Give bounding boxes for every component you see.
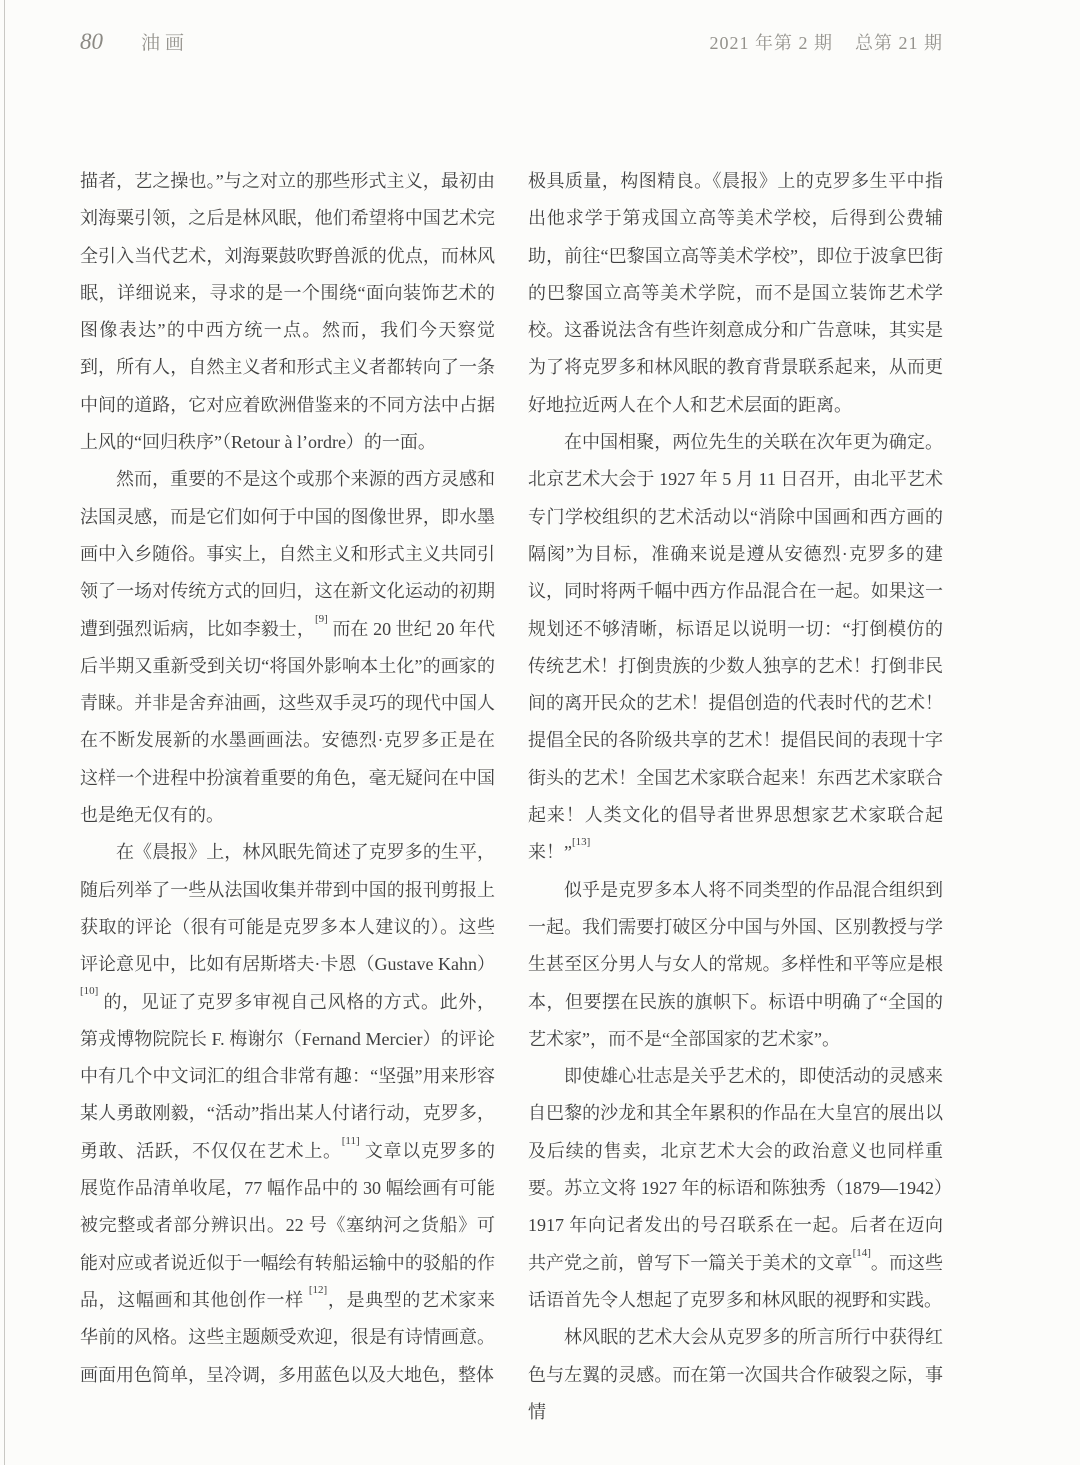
paragraph: 描者，艺之操也。”与之对立的那些形式主义，最初由刘海粟引领，之后是林风眠，他们希…: [80, 163, 495, 461]
text-column-right: 极具质量，构图精良。《晨报》上的克罗多生平中指出他求学于第戎国立高等美术学校，后…: [528, 163, 943, 1431]
journal-page: 80 油画 2021 年第 2 期 总第 21 期 描者，艺之操也。”与之对立的…: [0, 0, 1080, 1465]
issue-info: 2021 年第 2 期: [710, 29, 834, 55]
paragraph: 在《晨报》上，林风眠先简述了克罗多的生平，随后列举了一些从法国收集并带到中国的报…: [80, 834, 495, 1393]
paragraph: 极具质量，构图精良。《晨报》上的克罗多生平中指出他求学于第戎国立高等美术学校，后…: [528, 163, 943, 424]
issue-volume-info: 2021 年第 2 期 总第 21 期: [710, 29, 944, 55]
volume-info: 总第 21 期: [855, 29, 943, 55]
page-header: 80 油画 2021 年第 2 期 总第 21 期: [80, 28, 943, 55]
journal-title: 油画: [141, 28, 189, 55]
footnote-ref: [12]: [309, 1284, 327, 1296]
footnote-ref: [10]: [80, 985, 98, 997]
footnote-ref: [13]: [572, 836, 590, 848]
paragraph: 然而，重要的不是这个或那个来源的西方灵感和法国灵感，而是它们如何于中国的图像世界…: [80, 461, 495, 834]
footnote-ref: [9]: [315, 613, 328, 625]
paragraph: 即使雄心壮志是关乎艺术的，即使活动的灵感来自巴黎的沙龙和其全年累积的作品在大皇宫…: [528, 1058, 943, 1319]
paragraph: 林风眠的艺术大会从克罗多的所言所行中获得红色与左翼的灵感。而在第一次国共合作破裂…: [528, 1319, 943, 1431]
paragraph: 似乎是克罗多本人将不同类型的作品混合组织到一起。我们需要打破区分中国与外国、区别…: [528, 872, 943, 1058]
text-column-left: 描者，艺之操也。”与之对立的那些形式主义，最初由刘海粟引领，之后是林风眠，他们希…: [80, 163, 495, 1431]
footnote-ref: [14]: [853, 1247, 871, 1259]
page-number: 80: [80, 29, 103, 55]
paragraph: 在中国相聚，两位先生的关联在次年更为确定。北京艺术大会于 1927 年 5 月 …: [528, 424, 943, 872]
footnote-ref: [11]: [342, 1135, 360, 1147]
article-content: 描者，艺之操也。”与之对立的那些形式主义，最初由刘海粟引领，之后是林风眠，他们希…: [80, 163, 943, 1431]
page-edge-line: [4, 0, 5, 1465]
